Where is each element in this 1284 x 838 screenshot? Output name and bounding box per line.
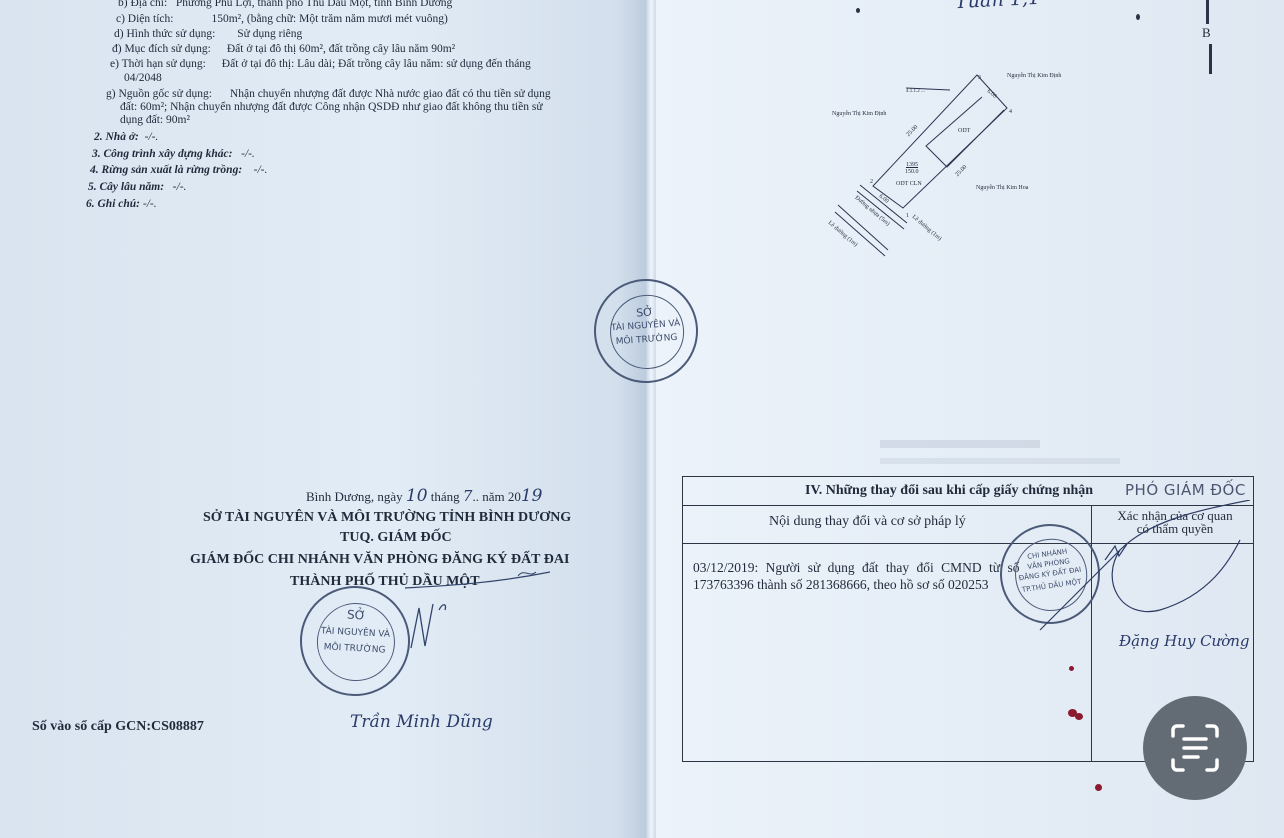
handwritten-note: Tuấn 1,1 — [955, 0, 1041, 9]
signature-scribble — [400, 566, 560, 596]
land-info-purpose: đ) Mục đích sử dụng:Đất ở tại đô thị 60m… — [112, 43, 455, 56]
changes-table-title: IV. Những thay đổi sau khi cấp giấy chứn… — [805, 484, 1093, 497]
land-info-usage-form: d) Hình thức sử dụng:Sử dụng riêng — [114, 28, 302, 41]
ink-dot — [1075, 713, 1083, 720]
ink-dot — [1136, 14, 1140, 20]
ink-dot — [1069, 666, 1074, 671]
land-info-term-end: 04/2048 — [124, 72, 162, 85]
text-scan-icon — [1167, 720, 1223, 776]
page-fold — [646, 0, 656, 838]
ink-dot — [856, 8, 860, 13]
stamp-title: PHÓ GIÁM ĐỐC — [1125, 484, 1246, 497]
land-info-area: c) Diện tích:150m², (bằng chữ: Một trăm … — [116, 13, 448, 26]
agency-name: SỞ TÀI NGUYÊN VÀ MÔI TRƯỜNG TỈNH BÌNH DƯ… — [203, 511, 571, 524]
registry-number: Số vào sổ cấp GCN:CS08887 — [32, 720, 204, 733]
section-forest: 4. Rừng sản xuất là rừng trồng: -/-. — [90, 164, 267, 177]
change-entry-line2: 173763396 thành số 281368666, theo hồ sơ… — [693, 578, 989, 591]
section-notes: 6. Ghi chú: -/-. — [86, 198, 157, 211]
north-arrow-bottom — [1209, 44, 1212, 74]
signature-mark — [405, 598, 455, 658]
land-info-origin-line2: đất: 60m²; Nhận chuyển nhượng đất được C… — [120, 101, 543, 114]
col-header-content: Nội dung thay đổi và cơ sở pháp lý — [769, 515, 966, 528]
left-page — [0, 0, 650, 838]
land-info-origin: g) Nguồn gốc sử dụng:Nhận chuyển nhượng … — [106, 88, 551, 101]
authorization-title: TUQ. GIÁM ĐỐC — [340, 531, 452, 544]
ink-dot — [1095, 784, 1102, 791]
section-perennial: 5. Cây lâu năm: -/-. — [88, 181, 186, 194]
approval-signature — [1010, 500, 1270, 660]
text-scan-button[interactable] — [1143, 696, 1247, 800]
land-info-term: e) Thời hạn sử dụng:Đất ở tại đô thị: Lâ… — [110, 58, 531, 71]
north-marker: B — [1202, 26, 1211, 39]
signer-name: Trần Minh Dũng — [350, 716, 493, 729]
section-other-construction: 3. Công trình xây dựng khác: -/-. — [92, 148, 255, 161]
north-arrow-top — [1206, 0, 1209, 24]
land-info-origin-line3: dụng đất: 90m² — [120, 114, 190, 127]
issue-date: Bình Dương, ngày 10 tháng 7.. năm 2019 — [306, 490, 542, 503]
director-title: GIÁM ĐỐC CHI NHÁNH VĂN PHÒNG ĐĂNG KÝ ĐẤT… — [190, 553, 569, 566]
faded-text — [880, 458, 1120, 464]
section-house: 2. Nhà ở: -/-. — [94, 131, 158, 144]
faded-text — [880, 440, 1040, 448]
change-entry-line1: 03/12/2019: Người sử dụng đất thay đổi C… — [693, 561, 1019, 574]
land-info-address: b) Địa chỉ: Phường Phú Lợi, thành phố Th… — [118, 0, 452, 10]
